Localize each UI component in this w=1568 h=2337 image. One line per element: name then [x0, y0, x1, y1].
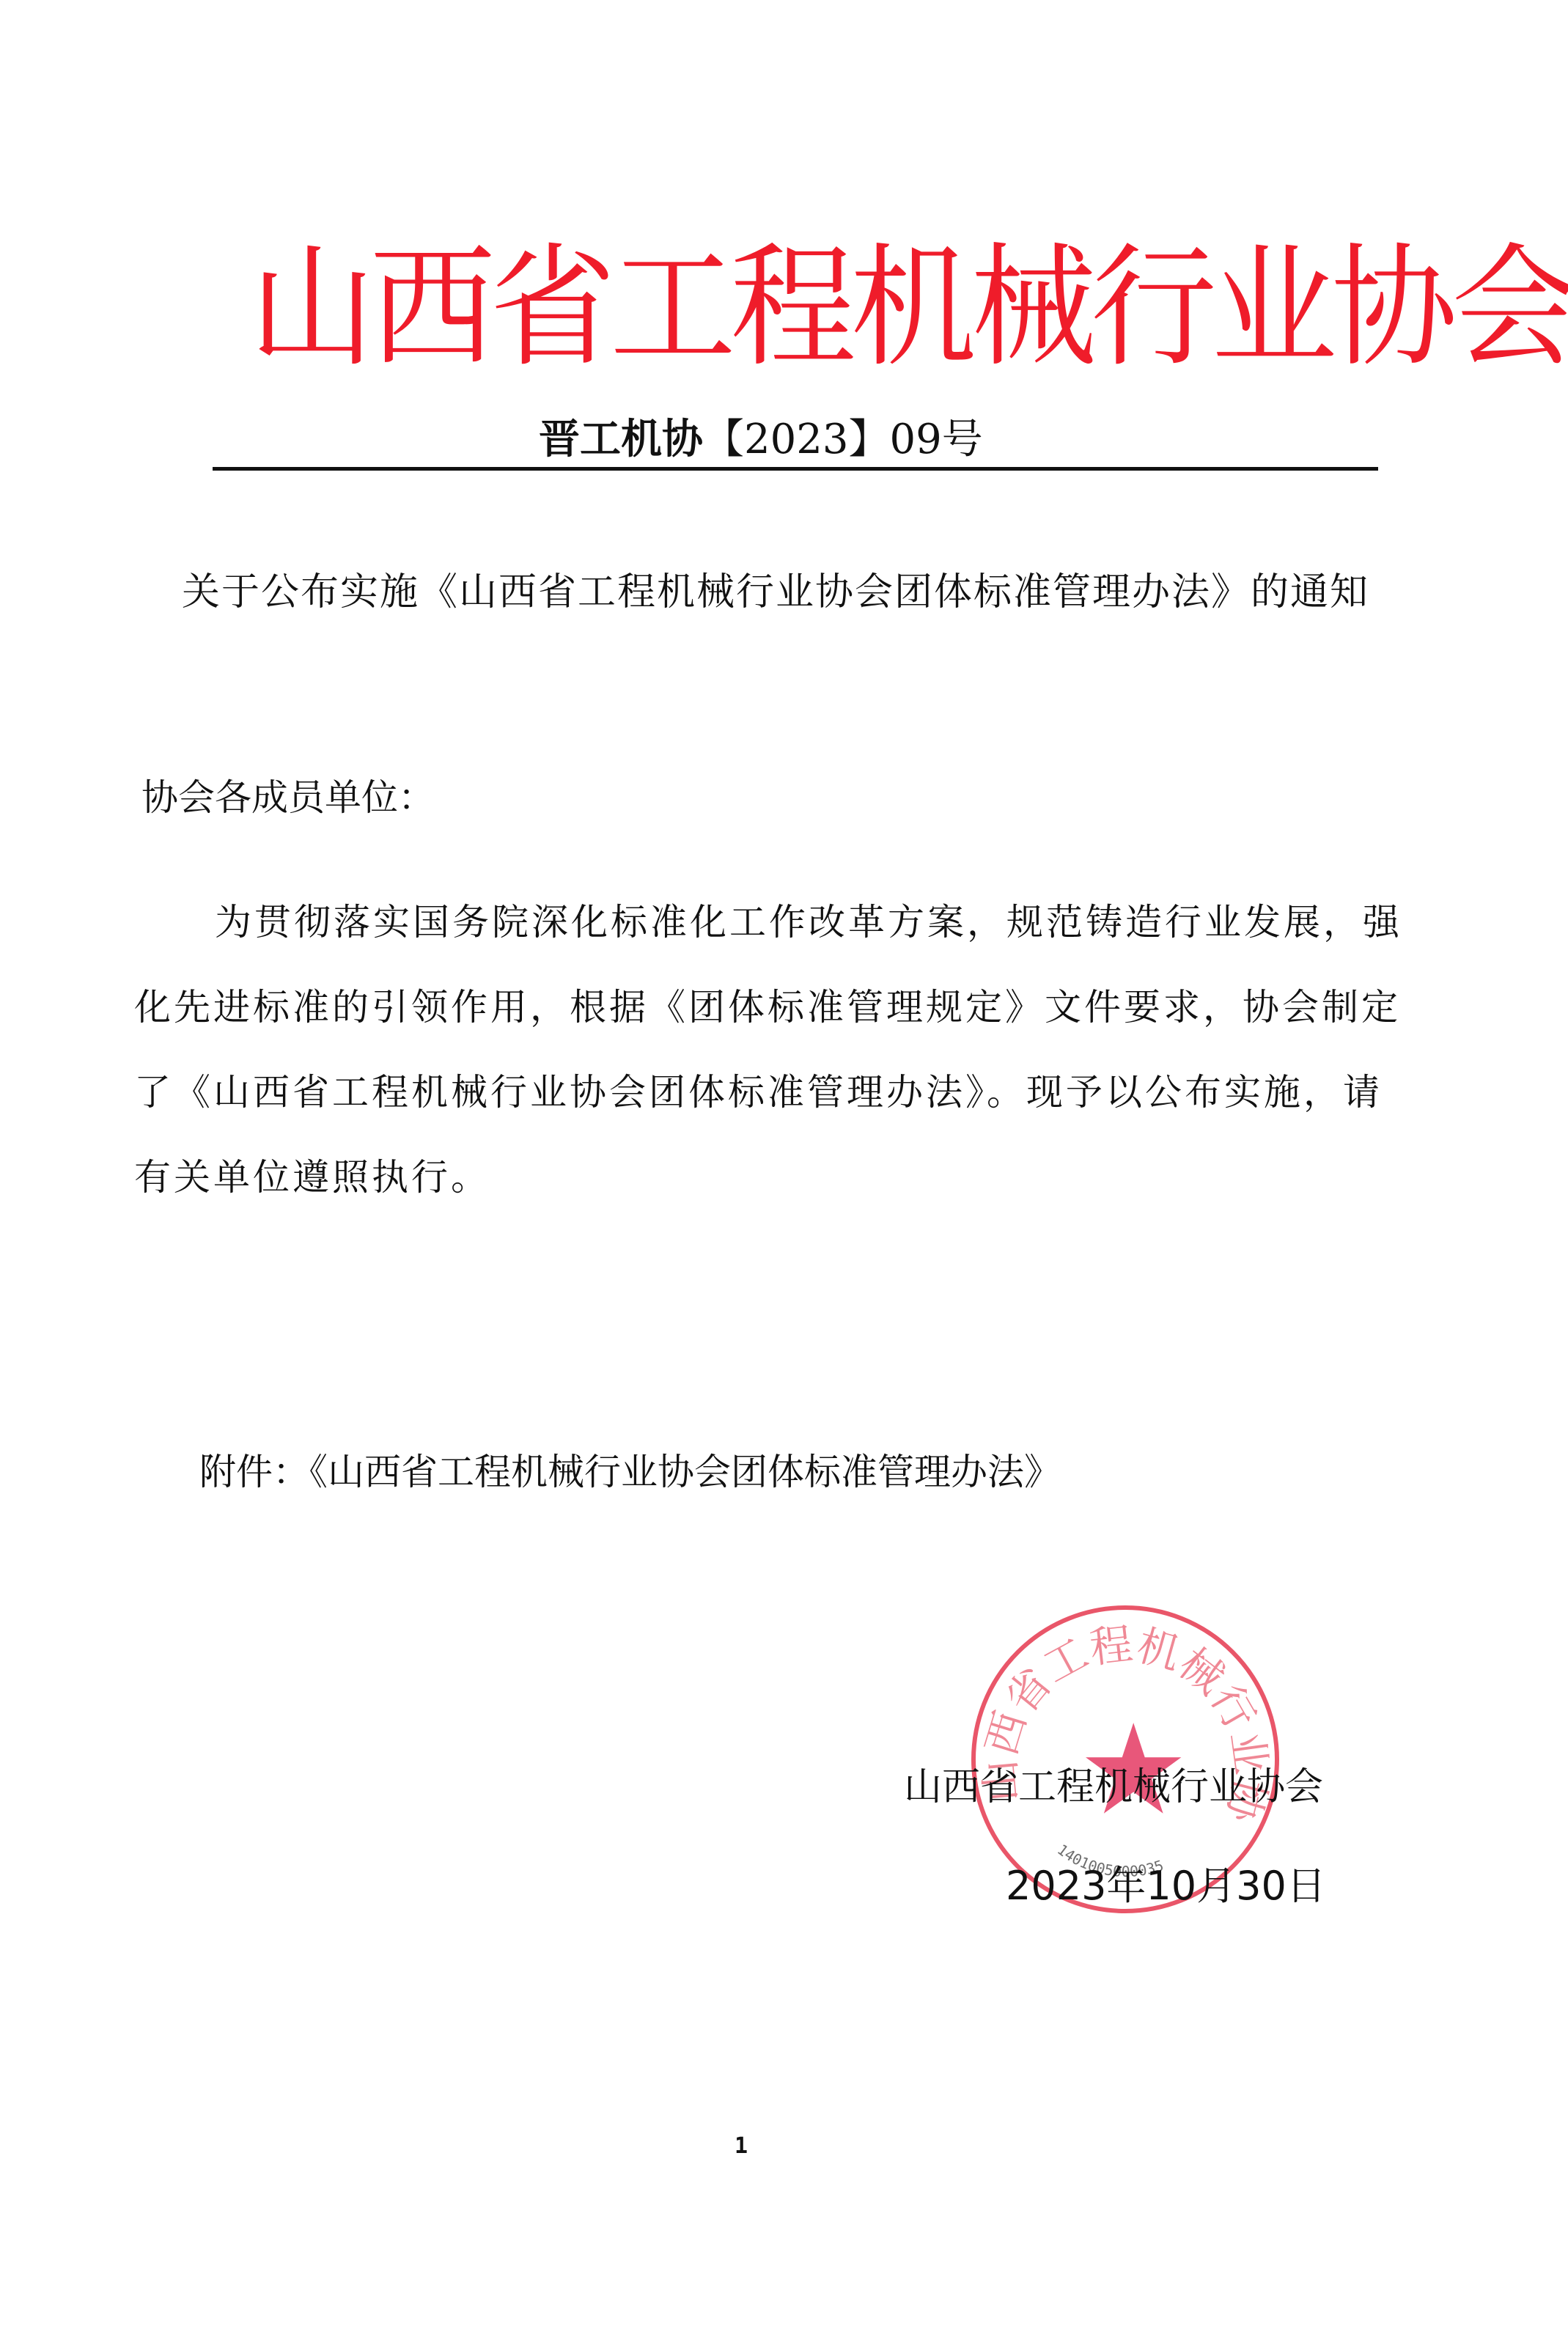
doc-number-serial: 09号: [890, 416, 983, 463]
doc-number-prefix: 晋工机协: [539, 415, 703, 463]
issuer-name: 山西省工程机械行业协会: [904, 1756, 1323, 1811]
doc-number-year: 【2023】: [703, 416, 890, 463]
notice-title: 关于公布实施《山西省工程机械行业协会团体标准管理办法》的通知: [182, 561, 1369, 616]
masthead-org-name: 山西省工程机械行业协会: [249, 231, 1378, 385]
salutation: 协会各成员单位：: [141, 768, 435, 821]
body-paragraph: 为贯彻落实国务院深化标准化工作改革方案，规范铸造行业发展，强化先进标准的引领作用…: [134, 880, 1413, 1220]
document-number: 晋工机协【2023】09号: [539, 407, 983, 465]
attachment-line: 附件：《山西省工程机械行业协会团体标准管理办法》: [199, 1443, 1061, 1495]
header-divider: [213, 467, 1378, 471]
issue-date: 2023年10月30日: [1006, 1855, 1326, 1911]
page-number: 1: [735, 2133, 748, 2159]
